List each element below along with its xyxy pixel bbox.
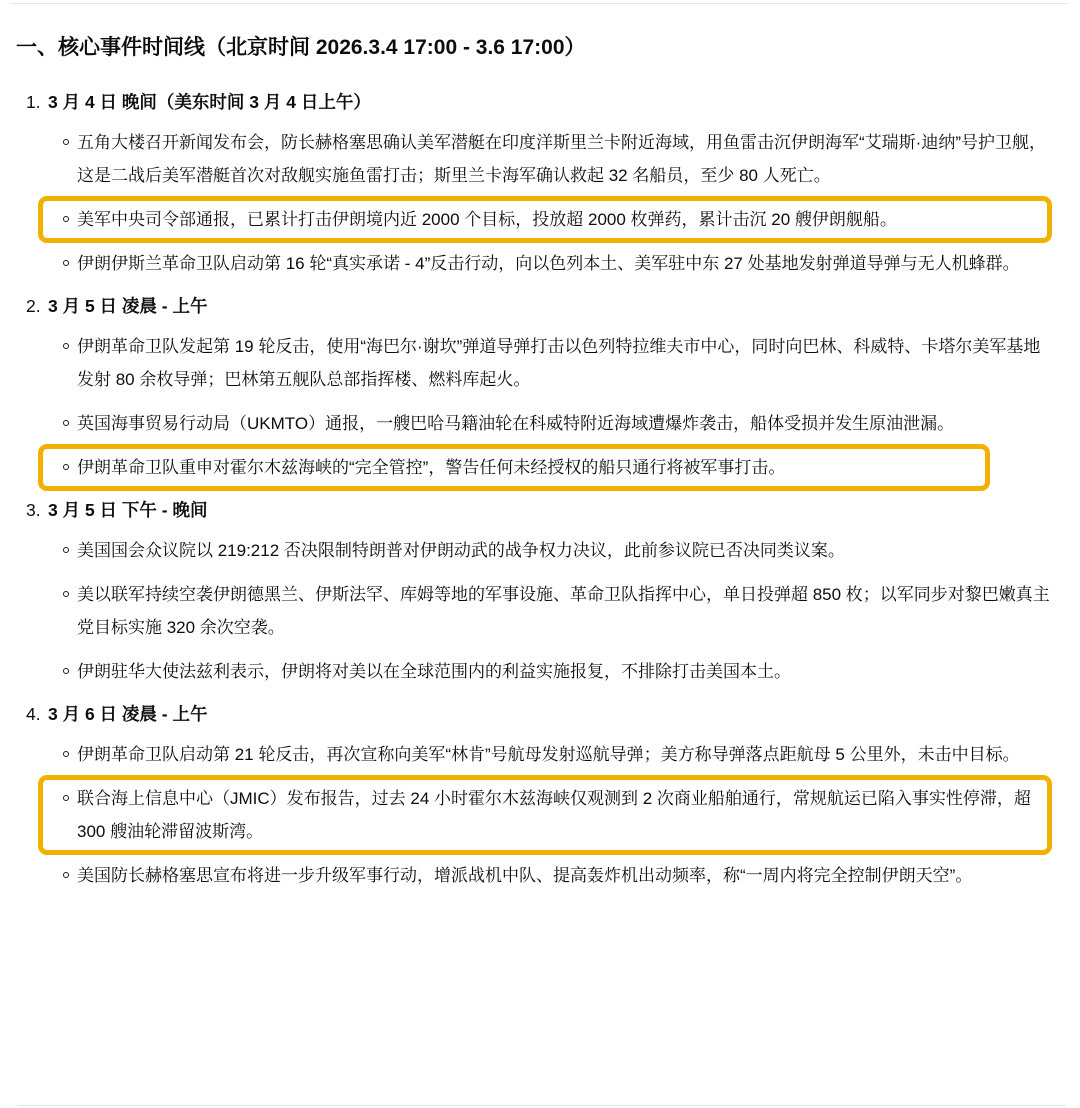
timeline-bullet: 英国海事贸易行动局（UKMTO）通报，一艘巴哈马籍油轮在科威特附近海域遭爆炸袭击… — [16, 407, 1050, 440]
section-number: 2. — [26, 294, 41, 318]
circle-bullet-icon — [63, 139, 69, 145]
bullet-text: 伊朗驻华大使法兹利表示，伊朗将对美以在全球范围内的利益实施报复，不排除打击美国本… — [77, 662, 791, 681]
bullet-text: 英国海事贸易行动局（UKMTO）通报，一艘巴哈马籍油轮在科威特附近海域遭爆炸袭击… — [77, 414, 954, 433]
circle-bullet-icon — [63, 216, 69, 222]
circle-bullet-icon — [63, 872, 69, 878]
timeline-list: 1.3 月 4 日 晚间（美东时间 3 月 4 日上午）五角大楼召开新闻发布会，… — [16, 90, 1050, 892]
circle-bullet-icon — [63, 420, 69, 426]
section-heading-text: 3 月 6 日 凌晨 - 上午 — [48, 704, 207, 724]
circle-bullet-icon — [63, 591, 69, 597]
highlighted-bullet: 联合海上信息中心（JMIC）发布报告，过去 24 小时霍尔木兹海峡仅观测到 2 … — [16, 782, 1050, 848]
section-heading: 3.3 月 5 日 下午 - 晚间 — [16, 498, 1050, 522]
section-heading: 1.3 月 4 日 晚间（美东时间 3 月 4 日上午） — [16, 90, 1050, 114]
circle-bullet-icon — [63, 260, 69, 266]
top-divider — [10, 3, 1068, 4]
timeline-section: 3.3 月 5 日 下午 - 晚间美国国会众议院以 219:212 否决限制特朗… — [16, 498, 1050, 688]
timeline-bullet: 伊朗伊斯兰革命卫队启动第 16 轮“真实承诺 - 4”反击行动，向以色列本土、美… — [16, 247, 1050, 280]
bullet-text: 联合海上信息中心（JMIC）发布报告，过去 24 小时霍尔木兹海峡仅观测到 2 … — [77, 789, 1031, 841]
bullet-list: 五角大楼召开新闻发布会，防长赫格塞思确认美军潜艇在印度洋斯里兰卡附近海域，用鱼雷… — [16, 126, 1050, 280]
circle-bullet-icon — [63, 795, 69, 801]
page-title: 一、核心事件时间线（北京时间 2026.3.4 17:00 - 3.6 17:0… — [16, 33, 1050, 63]
section-number: 1. — [26, 90, 41, 114]
bullet-text: 伊朗伊斯兰革命卫队启动第 16 轮“真实承诺 - 4”反击行动，向以色列本土、美… — [77, 254, 1020, 273]
timeline-bullet: 五角大楼召开新闻发布会，防长赫格塞思确认美军潜艇在印度洋斯里兰卡附近海域，用鱼雷… — [16, 126, 1050, 192]
circle-bullet-icon — [63, 464, 69, 470]
bullet-text: 伊朗革命卫队发起第 19 轮反击，使用“海巴尔·谢坎”弹道导弹打击以色列特拉维夫… — [77, 337, 1040, 389]
timeline-bullet: 美以联军持续空袭伊朗德黑兰、伊斯法罕、库姆等地的军事设施、革命卫队指挥中心，单日… — [16, 578, 1050, 644]
section-number: 4. — [26, 702, 41, 726]
section-heading: 4.3 月 6 日 凌晨 - 上午 — [16, 702, 1050, 726]
bullet-text: 美国国会众议院以 219:212 否决限制特朗普对伊朗动武的战争权力决议，此前参… — [77, 541, 845, 560]
circle-bullet-icon — [63, 343, 69, 349]
timeline-bullet: 伊朗革命卫队启动第 21 轮反击，再次宣称向美军“林肯”号航母发射巡航导弹；美方… — [16, 738, 1050, 771]
timeline-bullet: 伊朗革命卫队发起第 19 轮反击，使用“海巴尔·谢坎”弹道导弹打击以色列特拉维夫… — [16, 330, 1050, 396]
timeline-bullet: 伊朗驻华大使法兹利表示，伊朗将对美以在全球范围内的利益实施报复，不排除打击美国本… — [16, 655, 1050, 688]
section-heading-text: 3 月 5 日 下午 - 晚间 — [48, 500, 207, 520]
bullet-text: 五角大楼召开新闻发布会，防长赫格塞思确认美军潜艇在印度洋斯里兰卡附近海域，用鱼雷… — [77, 133, 1046, 185]
highlighted-bullet: 美军中央司令部通报，已累计打击伊朗境内近 2000 个目标，投放超 2000 枚… — [16, 203, 1050, 236]
timeline-section: 1.3 月 4 日 晚间（美东时间 3 月 4 日上午）五角大楼召开新闻发布会，… — [16, 90, 1050, 280]
highlight-annotation-box — [38, 775, 1052, 855]
section-number: 3. — [26, 498, 41, 522]
section-heading: 2.3 月 5 日 凌晨 - 上午 — [16, 294, 1050, 318]
bullet-text: 伊朗革命卫队重申对霍尔木兹海峡的“完全管控”，警告任何未经授权的船只通行将被军事… — [77, 458, 785, 477]
section-heading-text: 3 月 5 日 凌晨 - 上午 — [48, 296, 207, 316]
section-heading-text: 3 月 4 日 晚间（美东时间 3 月 4 日上午） — [48, 92, 371, 112]
timeline-bullet: 美国国会众议院以 219:212 否决限制特朗普对伊朗动武的战争权力决议，此前参… — [16, 534, 1050, 567]
timeline-document: 一、核心事件时间线（北京时间 2026.3.4 17:00 - 3.6 17:0… — [16, 33, 1050, 903]
bullet-text: 美国防长赫格塞思宣布将进一步升级军事行动，增派战机中队、提高轰炸机出动频率，称“… — [77, 866, 972, 885]
bullet-list: 伊朗革命卫队启动第 21 轮反击，再次宣称向美军“林肯”号航母发射巡航导弹；美方… — [16, 738, 1050, 892]
circle-bullet-icon — [63, 668, 69, 674]
highlighted-bullet: 伊朗革命卫队重申对霍尔木兹海峡的“完全管控”，警告任何未经授权的船只通行将被军事… — [16, 451, 1050, 484]
bullet-list: 美国国会众议院以 219:212 否决限制特朗普对伊朗动武的战争权力决议，此前参… — [16, 534, 1050, 688]
circle-bullet-icon — [63, 547, 69, 553]
circle-bullet-icon — [63, 751, 69, 757]
timeline-bullet: 美国防长赫格塞思宣布将进一步升级军事行动，增派战机中队、提高轰炸机出动频率，称“… — [16, 859, 1050, 892]
bullet-text: 美军中央司令部通报，已累计打击伊朗境内近 2000 个目标，投放超 2000 枚… — [77, 210, 897, 229]
document: { "page": { "title": "一、核心事件时间线（北京时间 202… — [0, 0, 1080, 1108]
timeline-section: 2.3 月 5 日 凌晨 - 上午伊朗革命卫队发起第 19 轮反击，使用“海巴尔… — [16, 294, 1050, 484]
timeline-section: 4.3 月 6 日 凌晨 - 上午伊朗革命卫队启动第 21 轮反击，再次宣称向美… — [16, 702, 1050, 892]
bullet-text: 伊朗革命卫队启动第 21 轮反击，再次宣称向美军“林肯”号航母发射巡航导弹；美方… — [77, 745, 1020, 764]
bullet-list: 伊朗革命卫队发起第 19 轮反击，使用“海巴尔·谢坎”弹道导弹打击以色列特拉维夫… — [16, 330, 1050, 484]
bottom-divider — [18, 1105, 1066, 1106]
bullet-text: 美以联军持续空袭伊朗德黑兰、伊斯法罕、库姆等地的军事设施、革命卫队指挥中心，单日… — [77, 585, 1050, 637]
